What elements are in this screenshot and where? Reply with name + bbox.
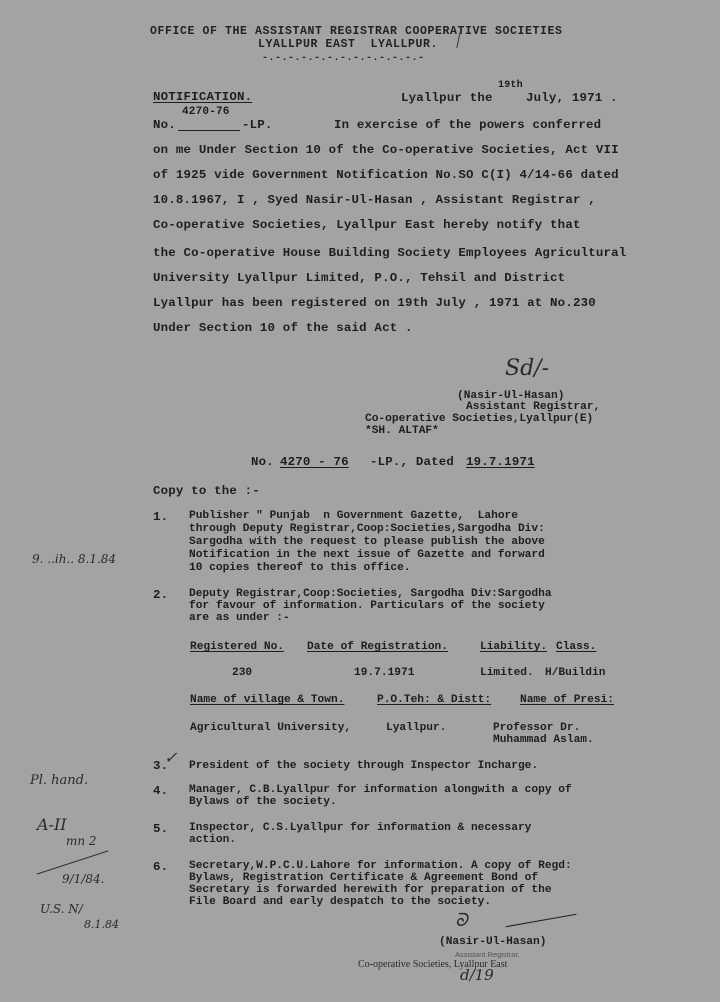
typist-initials: *SH. ALTAF* <box>365 425 439 437</box>
signatory-designation: Assistant Registrar, <box>466 401 600 413</box>
particulars-value-president-cont: Muhammad Aslam. <box>493 734 594 746</box>
copy-item-number: 1. <box>153 510 168 524</box>
particulars-header-president: Name of Presi: <box>520 694 614 706</box>
particulars-header-po-tehsil: P.O.Teh: & Distt: <box>377 694 491 706</box>
body-line: 10.8.1967, I , Syed Nasir-Ul-Hasan , Ass… <box>153 193 596 207</box>
number-underline <box>178 130 240 131</box>
endorsement-number-value: 4270 - 76 <box>280 455 349 469</box>
location-header: LYALLPUR EAST LYALLPUR. <box>258 38 438 51</box>
copy-item-line: Publisher " Punjab n Government Gazette,… <box>189 510 518 522</box>
signatory-office: Co-operative Societies,Lyallpur(E) <box>365 413 593 425</box>
margin-note: 9. ..ih.. 8.1.84 <box>32 552 116 566</box>
particulars-value-registered-no: 230 <box>232 667 252 679</box>
copy-item-number: 4. <box>153 784 168 798</box>
endorsement-number-prefix: No. <box>251 455 274 469</box>
copy-item-line: Bylaws of the society. <box>189 796 337 808</box>
body-line: of 1925 vide Government Notification No.… <box>153 168 619 182</box>
endorsement-dated-label: -LP., Dated <box>370 455 454 469</box>
particulars-header-liability: Liability. <box>480 641 547 653</box>
margin-note: 9/1/84. <box>62 872 104 886</box>
copy-to-heading: Copy to the :- <box>153 484 260 498</box>
document-page: OFFICE OF THE ASSISTANT REGISTRAR COOPER… <box>0 0 720 1002</box>
body-line: on me Under Section 10 of the Co-operati… <box>153 143 619 157</box>
copy-item-line: Manager, C.B.Lyallpur for information al… <box>189 784 572 796</box>
margin-note: Pl. hand. <box>30 773 88 788</box>
body-line: In exercise of the powers conferred <box>334 118 601 132</box>
margin-note: 8.1.84 <box>84 918 119 931</box>
notification-heading: NOTIFICATION. <box>153 90 252 104</box>
body-line: University Lyallpur Limited, P.O., Tehsi… <box>153 271 565 285</box>
notification-number-value: 4270-76 <box>182 106 230 118</box>
copy-item-line: Deputy Registrar,Coop:Societies, Sargodh… <box>189 588 552 600</box>
copy-item-line: Sargodha with the request to please publ… <box>189 536 545 548</box>
particulars-value-date: 19.7.1971 <box>354 667 414 679</box>
copy-item-number: 2. <box>153 588 168 602</box>
copy-item-line: Inspector, C.S.Lyallpur for information … <box>189 822 531 834</box>
particulars-header-date: Date of Registration. <box>307 641 448 653</box>
copy-item-number: 5. <box>153 822 168 836</box>
margin-note: A-II <box>37 815 67 834</box>
endorsement-date: 19.7.1971 <box>466 455 535 469</box>
date-day-superscript: 19th <box>498 80 523 91</box>
copy-item-line: President of the society through Inspect… <box>189 760 538 772</box>
copy-item-line: Bylaws, Registration Certificate & Agree… <box>189 872 538 884</box>
particulars-value-class: H/Buildin <box>545 667 605 679</box>
particulars-header-village: Name of village & Town. <box>190 694 344 706</box>
date-month-year: July, 1971 . <box>526 91 618 105</box>
footer-signatory-name: (Nasir-Ul-Hasan) <box>439 936 546 948</box>
footer-designation-stamp: Assistant Registrar, <box>455 950 520 959</box>
footer-signature-mark: ᘐ <box>455 910 468 931</box>
copy-item-line: through Deputy Registrar,Coop:Societies,… <box>189 523 545 535</box>
copy-item-line: Secretary is forwarded herewith for prep… <box>189 884 552 896</box>
margin-note: U.S. N/ <box>40 902 83 916</box>
copy-item-line: Secretary,W.P.C.U.Lahore for information… <box>189 860 572 872</box>
particulars-value-liability: Limited. <box>480 667 534 679</box>
copy-item-line: action. <box>189 834 236 846</box>
place-date-prefix: Lyallpur the <box>401 91 493 105</box>
check-mark-icon: ✓ <box>164 748 177 767</box>
body-line: Under Section 10 of the said Act . <box>153 321 413 335</box>
copy-item-line: Notification in the next issue of Gazett… <box>189 549 545 561</box>
copy-item-line: File Board and early despatch to the soc… <box>189 896 491 908</box>
margin-arrow <box>37 850 109 874</box>
copy-item-line: for favour of information. Particulars o… <box>189 600 545 612</box>
particulars-header-registered-no: Registered No. <box>190 641 284 653</box>
copy-item-number: 6. <box>153 860 168 874</box>
margin-note: mn 2 <box>66 834 97 848</box>
particulars-value-village: Agricultural University, <box>190 722 351 734</box>
notification-number-prefix: No. <box>153 118 176 132</box>
office-header: OFFICE OF THE ASSISTANT REGISTRAR COOPER… <box>150 25 563 38</box>
header-ornament: -.-.-.-.-.-.-.-.-.-.-.-.- <box>262 53 425 64</box>
particulars-value-po-tehsil: Lyallpur. <box>386 722 446 734</box>
body-line: Lyallpur has been registered on 19th Jul… <box>153 296 596 310</box>
copy-item-line: 10 copies thereof to this office. <box>189 562 411 574</box>
signature-stroke <box>505 914 576 927</box>
body-line: the Co-operative House Building Society … <box>153 246 626 260</box>
notification-number-suffix: -LP. <box>242 118 273 132</box>
particulars-value-president: Professor Dr. <box>493 722 580 734</box>
body-line: Co-operative Societies, Lyallpur East he… <box>153 218 581 232</box>
copy-item-line: are as under :- <box>189 612 290 624</box>
particulars-header-class: Class. <box>556 641 596 653</box>
signature-mark: Sd/- <box>505 356 549 381</box>
footer-initials: d/19 <box>460 966 494 984</box>
